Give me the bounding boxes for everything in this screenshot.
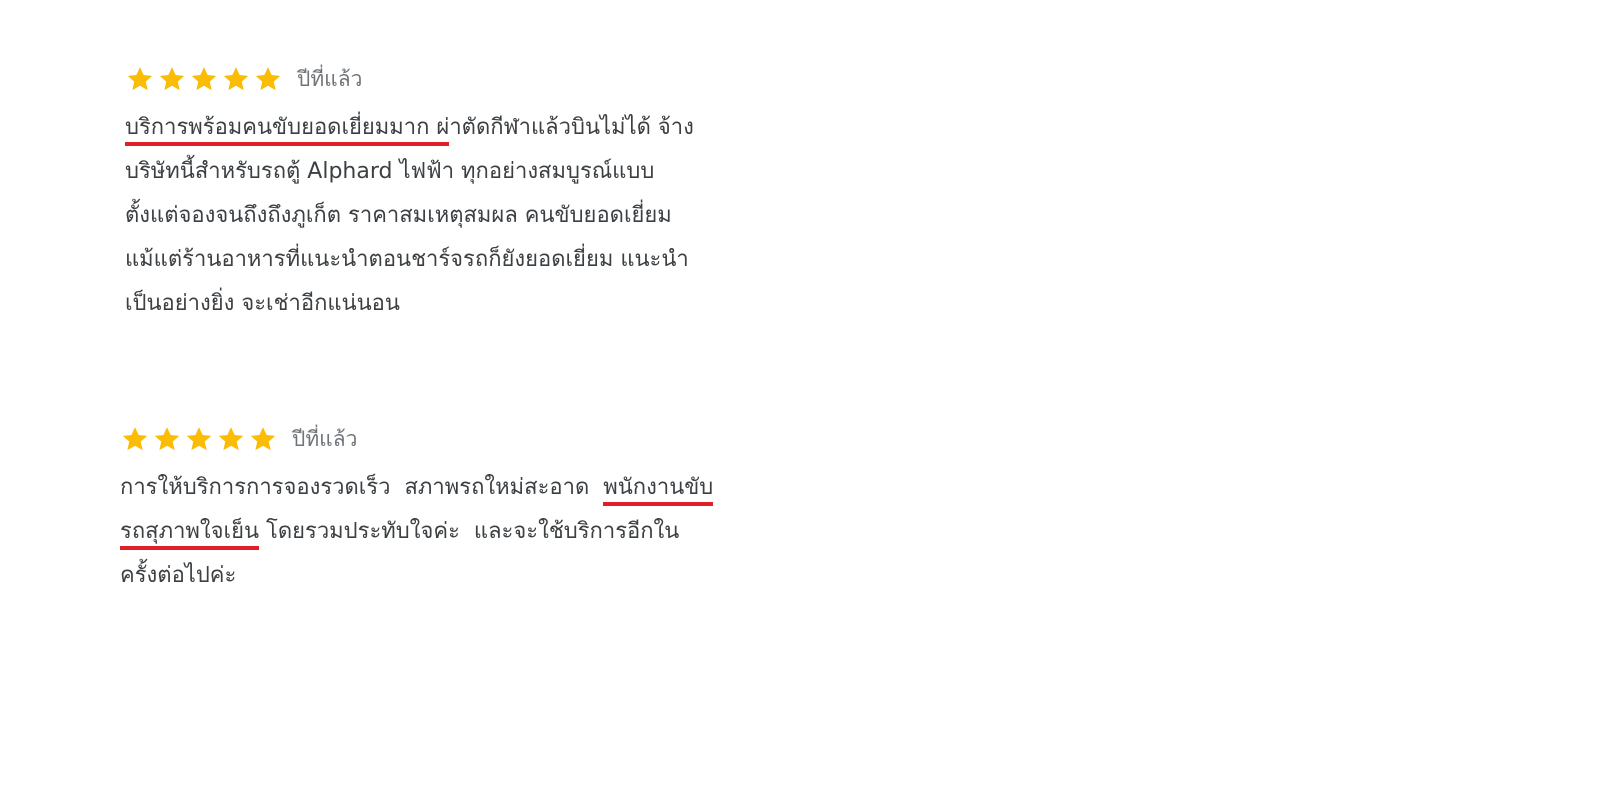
review-time: ปีที่แล้ว — [297, 62, 362, 96]
review-line: บริษัทนี้สำหรับรถตู้ Alphard ไฟฟ้า ทุกอย… — [125, 150, 905, 194]
star-icon — [216, 424, 246, 454]
review-text: บริการพร้อมคนขับยอดเยี่ยมมาก ผ่าตัดกีฬาแ… — [125, 106, 905, 326]
review-text-segment: โดยรวมประทับใจค่ะ และจะใช้บริการอีกใน — [259, 519, 679, 544]
review-text-segment: การให้บริการการจองรวดเร็ว สภาพรถใหม่สะอา… — [120, 475, 603, 500]
review-line: บริการพร้อมคนขับยอดเยี่ยมมาก ผ่าตัดกีฬาแ… — [125, 106, 905, 150]
review-card: ปีที่แล้ว การให้บริการการจองรวดเร็ว สภาพ… — [120, 422, 900, 598]
highlighted-phrase: บริการพร้อมคนขับยอดเยี่ยมมาก ผ่ — [125, 115, 449, 146]
star-icon — [189, 64, 219, 94]
review-text: การให้บริการการจองรวดเร็ว สภาพรถใหม่สะอา… — [120, 466, 900, 598]
highlighted-phrase: รถสุภาพใจเย็น — [120, 519, 259, 550]
review-line: แม้แต่ร้านอาหารที่แนะนำตอนชาร์จรถก็ยังยอ… — [125, 238, 905, 282]
review-line: เป็นอย่างยิ่ง จะเช่าอีกแน่นอน — [125, 282, 905, 326]
star-icon — [248, 424, 278, 454]
star-rating — [125, 64, 283, 94]
review-line: การให้บริการการจองรวดเร็ว สภาพรถใหม่สะอา… — [120, 466, 900, 510]
review-time: ปีที่แล้ว — [292, 422, 357, 456]
review-line: ครั้งต่อไปค่ะ — [120, 554, 900, 598]
star-icon — [253, 64, 283, 94]
review-meta: ปีที่แล้ว — [120, 422, 900, 456]
review-text-segment: าตัดกีฬาแล้วบินไม่ได้ จ้าง — [449, 115, 694, 140]
star-icon — [184, 424, 214, 454]
star-icon — [157, 64, 187, 94]
highlighted-phrase: พนักงานขับ — [603, 475, 713, 506]
star-icon — [125, 64, 155, 94]
review-line: ตั้งแต่จองจนถึงถึงภูเก็ต ราคาสมเหตุสมผล … — [125, 194, 905, 238]
review-card: ปีที่แล้ว บริการพร้อมคนขับยอดเยี่ยมมาก ผ… — [125, 62, 905, 326]
star-icon — [152, 424, 182, 454]
review-line: รถสุภาพใจเย็น โดยรวมประทับใจค่ะ และจะใช้… — [120, 510, 900, 554]
star-rating — [120, 424, 278, 454]
star-icon — [221, 64, 251, 94]
review-meta: ปีที่แล้ว — [125, 62, 905, 96]
star-icon — [120, 424, 150, 454]
